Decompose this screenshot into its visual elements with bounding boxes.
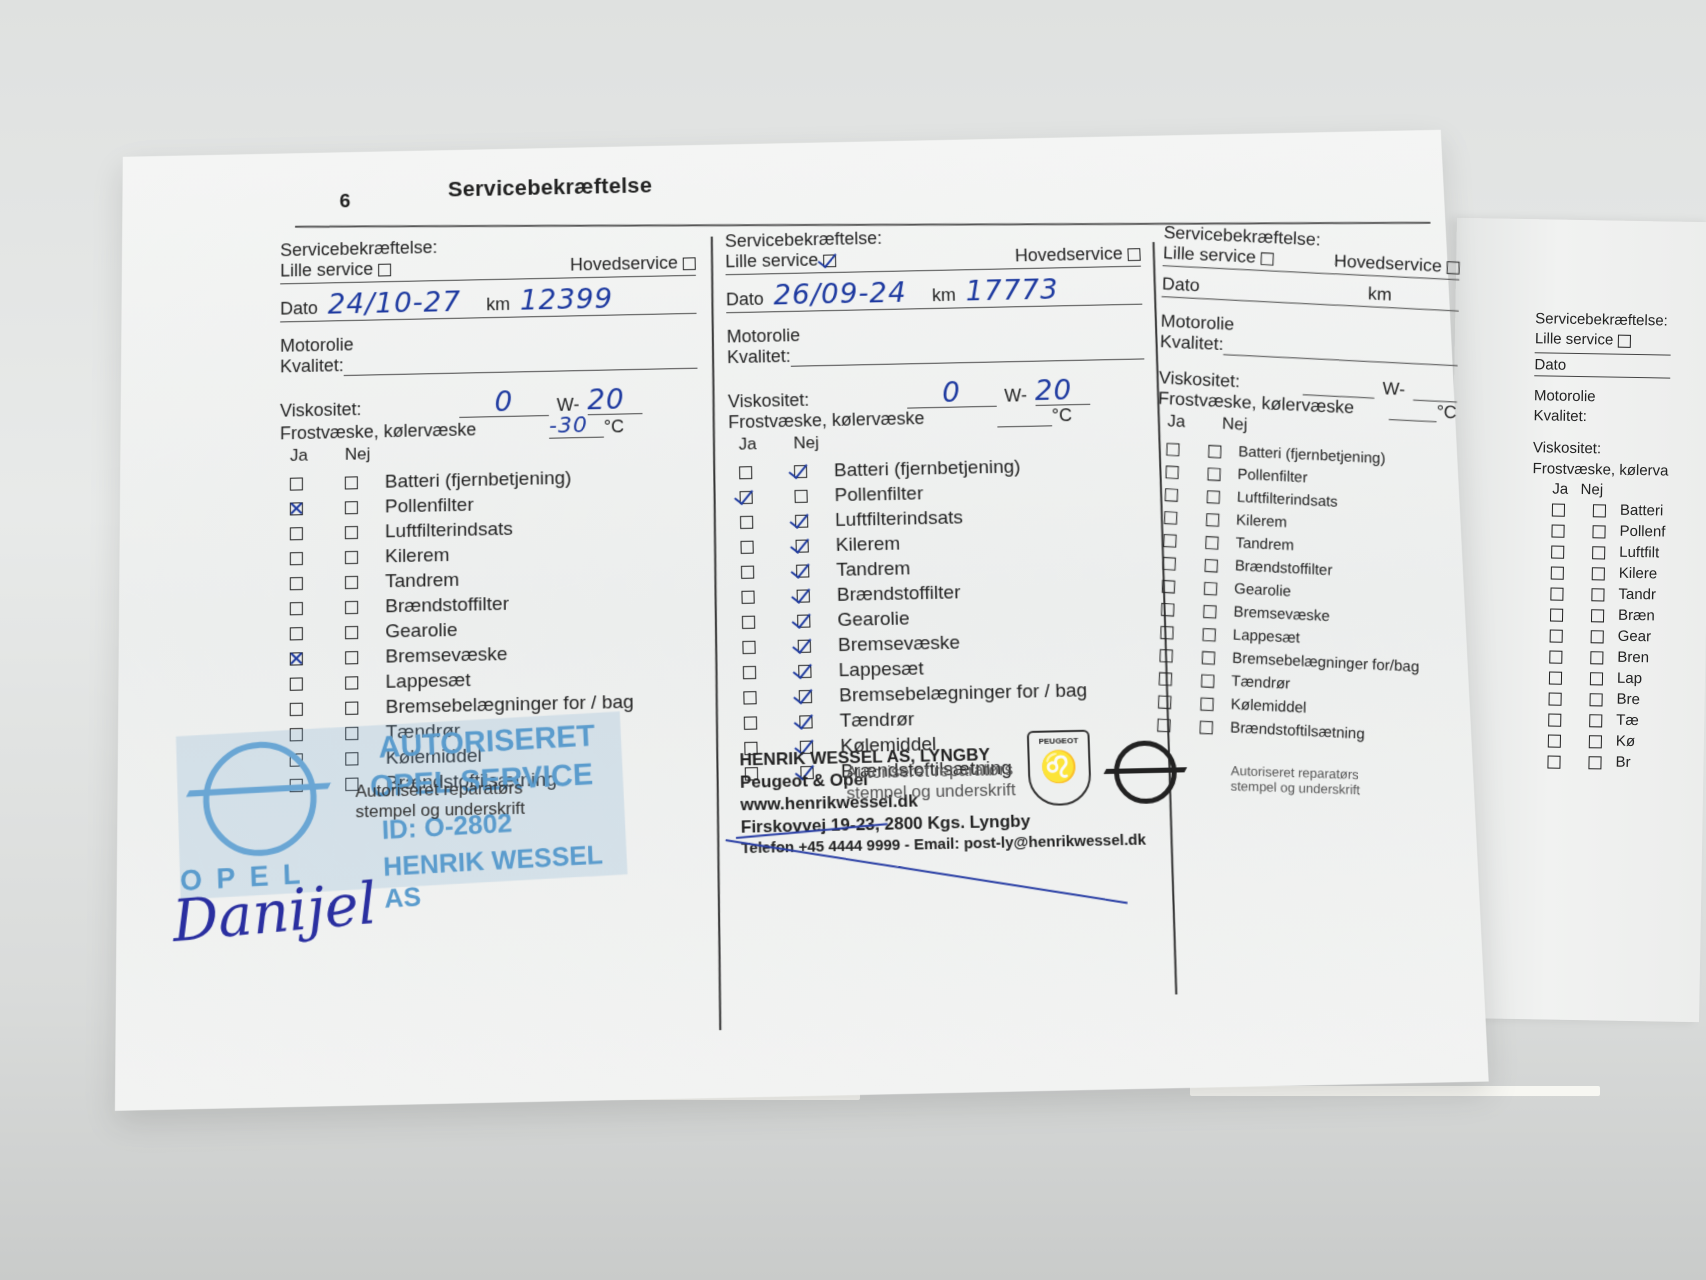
- nej-checkbox[interactable]: [345, 576, 358, 589]
- ja-checkbox[interactable]: [743, 691, 756, 704]
- ja-cell: [734, 711, 800, 735]
- next-nej-checkbox[interactable]: [1589, 714, 1602, 727]
- nej-cell: [345, 546, 385, 569]
- dato-label: Dato: [280, 298, 318, 319]
- nej-checkbox[interactable]: [1205, 559, 1218, 573]
- hovedservice-checkbox[interactable]: [1127, 248, 1140, 261]
- nej-checkbox[interactable]: [797, 614, 810, 627]
- ja-cell: [280, 547, 345, 570]
- nej-checkbox[interactable]: [796, 539, 809, 552]
- viskositet-value[interactable]: 0: [906, 378, 996, 408]
- ja-cell: [1152, 553, 1205, 572]
- ja-cell: [280, 522, 345, 545]
- ja-checkbox[interactable]: [1157, 718, 1171, 732]
- ja-checkbox[interactable]: [1162, 556, 1175, 570]
- next-checklist-label: Tæ: [1616, 711, 1639, 732]
- ja-cell: [732, 610, 798, 633]
- nej-checkbox[interactable]: [1200, 697, 1214, 711]
- ja-checkbox[interactable]: [1158, 695, 1172, 709]
- nej-checkbox[interactable]: [345, 676, 358, 689]
- w-value[interactable]: 20: [1034, 376, 1090, 406]
- nej-checkbox[interactable]: [345, 476, 358, 489]
- checklist-item-label: Lappesæt: [838, 658, 924, 682]
- next-nej-checkbox[interactable]: [1593, 504, 1606, 517]
- ja-checkbox[interactable]: [739, 466, 752, 479]
- nej-label: Nej: [345, 444, 370, 464]
- nej-cell: [345, 646, 385, 669]
- nej-cell: [794, 460, 834, 483]
- service-entry-2: Servicebekræftelse: Lille service Hoveds…: [725, 223, 1160, 787]
- service-entry-1: Servicebekræftelse: Lille service Hoveds…: [280, 232, 705, 798]
- nej-cell: [1202, 625, 1233, 644]
- ja-cell: [1155, 462, 1207, 481]
- nej-checkbox[interactable]: [799, 715, 812, 728]
- next-nej-checkbox[interactable]: [1589, 693, 1602, 706]
- ja-checkbox[interactable]: [743, 666, 756, 679]
- nej-checkbox[interactable]: [795, 515, 808, 528]
- next-checklist-label: Tandr: [1618, 585, 1656, 606]
- service-entry-3: Servicebekræftelse: Lille service Hoveds…: [1147, 222, 1460, 750]
- w-label: W-: [1004, 385, 1027, 406]
- checklist-item-label: Bremsevæske: [385, 643, 507, 668]
- next-checklist-item: Luftfilt: [1531, 541, 1667, 564]
- checklist-item-label: Tændrør: [840, 709, 915, 733]
- stamp-caption-2: Autoriseret reparatørs stempel og unders…: [846, 760, 1016, 803]
- nej-cell: [798, 660, 839, 683]
- nej-checkbox[interactable]: [798, 640, 811, 653]
- nej-checkbox[interactable]: [345, 551, 358, 564]
- ja-cell: [729, 461, 794, 484]
- nej-cell: [1201, 671, 1232, 690]
- next-checklist-item: Lap: [1529, 667, 1665, 690]
- nej-checkbox[interactable]: [1202, 651, 1215, 665]
- nej-cell: [1208, 442, 1238, 460]
- ja-label: Ja: [729, 434, 794, 455]
- next-nej-checkbox[interactable]: [1591, 588, 1604, 601]
- checklist-item-label: Tandrem: [385, 569, 459, 593]
- next-checklist-item: Bræn: [1530, 604, 1666, 627]
- nej-cell: [345, 471, 385, 494]
- ja-checkbox[interactable]: [290, 652, 303, 665]
- nej-checkbox[interactable]: [794, 490, 807, 503]
- ja-cell: [280, 672, 346, 696]
- ja-cell: [1153, 531, 1206, 550]
- next-kvalitet-label: Kvalitet:: [1533, 406, 1669, 429]
- next-checklist-label: Kø: [1616, 732, 1636, 753]
- lille-service-checkbox[interactable]: [378, 263, 391, 276]
- nej-checkbox[interactable]: [345, 701, 358, 714]
- ja-checkbox[interactable]: [290, 677, 303, 690]
- checklist-item-label: Pollenfilter: [834, 483, 923, 507]
- ja-cell: [1147, 715, 1200, 735]
- nej-cell: [799, 685, 840, 708]
- nej-cell: [345, 571, 385, 594]
- ja-checkbox[interactable]: [290, 502, 303, 515]
- lion-icon: ♌: [1029, 745, 1089, 791]
- hovedservice-label: Hovedservice: [570, 253, 678, 275]
- nej-label: Nej: [1222, 414, 1248, 435]
- checklist-item-label: Brændstoftilsætning: [1230, 719, 1365, 743]
- next-ja-checkbox[interactable]: [1551, 525, 1564, 538]
- stamp-caption-line-2: stempel og underskrift: [1231, 779, 1361, 798]
- checklist-item-label: Kilerem: [385, 545, 450, 568]
- ja-cell: [1149, 669, 1202, 689]
- next-nej-checkbox[interactable]: [1589, 735, 1602, 748]
- next-nej-label: Nej: [1580, 481, 1603, 498]
- checklist-item-label: Brændstoffilter: [385, 593, 509, 618]
- next-checklist-item: Kø: [1528, 730, 1664, 753]
- ja-cell: [280, 622, 345, 645]
- ja-cell: [1151, 599, 1204, 619]
- hovedservice-checkbox[interactable]: [1447, 261, 1460, 274]
- next-ja-checkbox[interactable]: [1548, 734, 1561, 747]
- next-viskositet-label: Viskositet:: [1533, 438, 1669, 461]
- checklist-item-label: Tandrem: [836, 558, 911, 582]
- ja-checkbox[interactable]: [290, 527, 303, 540]
- ja-checkbox[interactable]: [740, 541, 753, 554]
- checklist-item-label: Gearolie: [837, 608, 910, 632]
- date-km-row: Dato 26/09-24 km 17773: [726, 271, 1143, 314]
- nej-label: Nej: [793, 433, 819, 453]
- nej-cell: [798, 634, 839, 657]
- nej-checkbox[interactable]: [1200, 720, 1214, 734]
- nej-cell: [1207, 465, 1237, 483]
- frost-value[interactable]: -30: [549, 415, 604, 439]
- checklist-item-label: Batteri (fjernbetjening): [834, 456, 1021, 482]
- lille-service-label: Lille service: [1163, 243, 1257, 267]
- ja-checkbox[interactable]: [290, 477, 303, 490]
- w-value[interactable]: 20: [587, 386, 642, 416]
- lille-service-label: Lille service: [280, 259, 373, 280]
- nej-cell: [1206, 510, 1237, 528]
- frost-label: Frostvæske, kølervæske: [728, 407, 997, 433]
- peugeot-logo-icon: PEUGEOT ♌: [1027, 730, 1092, 807]
- km-label: km: [486, 294, 510, 315]
- next-checklist-item: Kilere: [1531, 562, 1667, 585]
- ja-checkbox[interactable]: [1162, 579, 1175, 593]
- checklist-item-label: Batteri (fjernbetjening): [385, 467, 572, 493]
- nej-cell: [797, 609, 838, 632]
- stamp-caption-line-2: stempel og underskrift: [355, 798, 525, 822]
- ja-cell: [1150, 622, 1203, 642]
- next-heading: Servicebekræftelse:: [1535, 309, 1671, 332]
- ja-checkbox[interactable]: [1165, 488, 1178, 502]
- ja-cell: [730, 535, 796, 558]
- ja-checkbox[interactable]: [1161, 602, 1174, 616]
- next-ja-checkbox[interactable]: [1550, 630, 1563, 643]
- ja-checkbox[interactable]: [740, 516, 753, 529]
- nej-cell: [345, 671, 385, 694]
- kvalitet-label: Kvalitet:: [1160, 331, 1224, 355]
- next-nej-checkbox[interactable]: [1592, 546, 1605, 559]
- celsius-label: °C: [1436, 402, 1457, 424]
- ja-checkbox[interactable]: [290, 703, 303, 716]
- nej-cell: [794, 485, 834, 508]
- next-checklist-label: Br: [1615, 753, 1630, 774]
- ja-cell: [280, 597, 345, 620]
- viskositet-value[interactable]: 0: [459, 387, 549, 417]
- surface-reflection: [1190, 1086, 1600, 1096]
- ja-cell: [733, 660, 799, 684]
- lille-service-checkbox[interactable]: [823, 254, 836, 267]
- checklist-item-label: Tændrør: [1231, 673, 1290, 693]
- checklist-item-label: Luftfilterindsats: [1237, 489, 1338, 511]
- nej-cell: [795, 534, 836, 557]
- nej-cell: [1207, 487, 1237, 505]
- nej-checkbox[interactable]: [1207, 467, 1220, 480]
- km-value[interactable]: 17773: [965, 276, 1059, 305]
- nej-checkbox[interactable]: [1203, 604, 1216, 618]
- nej-checkbox[interactable]: [345, 501, 358, 514]
- nej-checkbox[interactable]: [798, 665, 811, 678]
- ja-cell: [1152, 576, 1205, 596]
- ja-checkbox[interactable]: [1165, 465, 1178, 478]
- service-booklet-page: 6 Servicebekræftelse Servicebekræftelse:…: [115, 130, 1489, 1111]
- next-nej-checkbox[interactable]: [1590, 672, 1603, 685]
- ja-checkbox[interactable]: [290, 577, 303, 590]
- next-dato-label: Dato: [1534, 352, 1670, 379]
- km-value[interactable]: 12399: [520, 285, 614, 314]
- nej-cell: [795, 510, 835, 533]
- next-ja-checkbox[interactable]: [1549, 672, 1562, 685]
- ja-cell: [1155, 485, 1207, 504]
- ja-checkbox[interactable]: [1166, 442, 1179, 455]
- hovedservice-checkbox[interactable]: [683, 257, 696, 270]
- next-lille-checkbox[interactable]: [1617, 334, 1630, 347]
- km-label: km: [1368, 284, 1392, 306]
- checklist-item-label: Kilerem: [1236, 512, 1287, 531]
- lille-service-checkbox[interactable]: [1261, 252, 1274, 265]
- next-ja-checkbox[interactable]: [1552, 504, 1565, 517]
- dato-value[interactable]: 24/10-27: [328, 288, 477, 318]
- checklist: Batteri (fjernbetjening)PollenfilterLuft…: [1147, 436, 1456, 750]
- ja-cell: [280, 697, 346, 721]
- nej-cell: [796, 584, 837, 607]
- checklist-item-label: Pollenfilter: [1237, 466, 1307, 486]
- ja-cell: [731, 560, 797, 583]
- next-checklist-item: Br: [1527, 751, 1663, 774]
- ja-checkbox[interactable]: [1159, 649, 1172, 663]
- ja-checkbox[interactable]: [1159, 672, 1173, 686]
- next-nej-checkbox[interactable]: [1591, 630, 1604, 643]
- dato-label: Dato: [1162, 274, 1200, 296]
- next-ja-checkbox[interactable]: [1550, 588, 1563, 601]
- nej-checkbox[interactable]: [799, 690, 812, 703]
- nej-cell: [345, 596, 385, 619]
- nej-checkbox[interactable]: [1202, 628, 1215, 642]
- nej-cell: [1203, 602, 1234, 620]
- next-ja-checkbox[interactable]: [1549, 693, 1562, 706]
- nej-cell: [1205, 533, 1236, 551]
- hovedservice-label: Hovedservice: [1334, 251, 1442, 276]
- next-checklist-item: Tæ: [1528, 709, 1664, 732]
- viskositet-label: Viskositet:: [280, 397, 459, 421]
- nej-checkbox[interactable]: [345, 651, 358, 664]
- checklist-item-label: Gearolie: [385, 619, 457, 643]
- ja-cell: [1149, 646, 1202, 666]
- km-label: km: [932, 285, 956, 306]
- next-checklist-item: Bre: [1528, 688, 1664, 711]
- next-ja-label: Ja: [1552, 480, 1568, 497]
- checklist-item-label: Lappesæt: [1233, 626, 1301, 646]
- next-checklist-label: Kilere: [1619, 564, 1658, 585]
- ja-checkbox[interactable]: [740, 491, 753, 504]
- next-checklist: BatteriPollenfLuftfiltKilereTandrBrænGea…: [1527, 499, 1668, 774]
- next-page: Servicebekræftelse: Lille service Dato M…: [1443, 218, 1706, 1022]
- ja-checkbox[interactable]: [290, 552, 303, 565]
- next-ja-checkbox[interactable]: [1547, 755, 1560, 768]
- next-checklist-item: Pollenf: [1531, 520, 1667, 543]
- checklist-item-label: Pollenfilter: [385, 494, 474, 518]
- next-checklist-item: Batteri: [1532, 499, 1668, 522]
- nej-checkbox[interactable]: [1208, 444, 1221, 457]
- celsius-label: °C: [1051, 405, 1072, 426]
- kvalitet-label: Kvalitet:: [727, 346, 791, 368]
- ja-checkbox[interactable]: [1164, 511, 1177, 525]
- next-checklist-label: Bren: [1617, 648, 1649, 669]
- nej-cell: [345, 696, 385, 719]
- nej-checkbox[interactable]: [796, 564, 809, 577]
- stamp-caption-1: Autoriseret reparatørs stempel og unders…: [355, 778, 525, 821]
- next-checklist-item: Gear: [1530, 625, 1666, 648]
- nej-checkbox[interactable]: [1204, 581, 1217, 595]
- checklist-item-label: Luftfilterindsats: [385, 518, 513, 543]
- next-ja-checkbox[interactable]: [1550, 609, 1563, 622]
- stamp-dealer-name: HENRIK WESSEL AS: [383, 837, 629, 914]
- ja-cell: [280, 497, 345, 520]
- nej-cell: [799, 710, 840, 733]
- next-lille-label: Lille service: [1535, 330, 1614, 348]
- nej-cell: [1200, 694, 1231, 713]
- ja-checkbox[interactable]: [742, 641, 755, 654]
- frost-label: Frostvæske, kølervæske: [280, 418, 549, 444]
- ja-label: Ja: [1157, 411, 1222, 434]
- ja-cell: [729, 486, 794, 509]
- ja-cell: [732, 635, 798, 658]
- page-number: 6: [339, 191, 350, 213]
- nej-checkbox[interactable]: [345, 626, 358, 639]
- opel-logo-icon: [201, 739, 318, 859]
- checklist-item-label: Gearolie: [1234, 580, 1291, 600]
- next-ja-checkbox[interactable]: [1551, 567, 1564, 580]
- w-label: W-: [1382, 378, 1405, 400]
- next-nej-checkbox[interactable]: [1591, 609, 1604, 622]
- next-checklist-label: Luftfilt: [1619, 543, 1659, 564]
- next-motorolie-label: Motorolie: [1534, 386, 1670, 409]
- nej-checkbox[interactable]: [794, 465, 807, 478]
- dato-label: Dato: [726, 289, 764, 310]
- ja-cell: [1154, 508, 1207, 527]
- nej-checkbox[interactable]: [345, 526, 358, 539]
- frost-value[interactable]: [997, 425, 1052, 427]
- next-nej-checkbox[interactable]: [1590, 651, 1603, 664]
- kvalitet-label: Kvalitet:: [280, 355, 344, 377]
- ja-checkbox[interactable]: [742, 616, 755, 629]
- next-checklist-item: Tandr: [1530, 583, 1666, 606]
- ja-label: Ja: [280, 445, 345, 466]
- dato-value[interactable]: 26/09-24: [773, 279, 922, 309]
- date-km-row: Dato 24/10-27 km 12399: [280, 280, 696, 323]
- next-checklist-label: Bre: [1616, 690, 1640, 711]
- next-ja-checkbox[interactable]: [1551, 546, 1564, 559]
- dato-value[interactable]: [1209, 297, 1358, 304]
- checklist-item-label: Bremsevæske: [838, 632, 961, 657]
- nej-cell: [796, 559, 837, 582]
- next-nej-checkbox[interactable]: [1592, 525, 1605, 538]
- stamp-caption-line-2: stempel og underskrift: [846, 780, 1016, 803]
- checklist: Batteri (fjernbetjening)PollenfilterLuft…: [729, 452, 1160, 787]
- next-nej-checkbox[interactable]: [1592, 567, 1605, 580]
- nej-checkbox[interactable]: [1206, 513, 1219, 527]
- ja-checkbox[interactable]: [1160, 625, 1173, 639]
- ja-cell: [731, 585, 797, 608]
- nej-cell: [345, 521, 385, 544]
- checklist-item-label: Bremsebelægninger for / bag: [839, 680, 1088, 707]
- nej-cell: [1204, 579, 1235, 597]
- next-ja-checkbox[interactable]: [1549, 651, 1562, 664]
- ja-checkbox[interactable]: [744, 716, 757, 729]
- lille-service-label: Lille service: [725, 250, 818, 271]
- nej-cell: [345, 621, 385, 644]
- nej-checkbox[interactable]: [1205, 536, 1218, 550]
- checklist-item-label: Kilerem: [835, 533, 900, 556]
- next-nej-checkbox[interactable]: [1588, 756, 1601, 769]
- ja-checkbox[interactable]: [1163, 534, 1176, 548]
- checklist-item-label: Bremsevæske: [1233, 603, 1330, 625]
- nej-checkbox[interactable]: [1207, 490, 1220, 504]
- ja-cell: [1148, 692, 1201, 712]
- checklist-item-label: Tandrem: [1235, 535, 1294, 555]
- stamp-caption-3: Autoriseret reparatørs stempel og unders…: [1231, 764, 1361, 798]
- nej-checkbox[interactable]: [797, 589, 810, 602]
- ja-checkbox[interactable]: [741, 591, 754, 604]
- ja-cell: [280, 472, 345, 495]
- nej-cell: [345, 496, 385, 519]
- checklist-item-label: Brændstoffilter: [837, 582, 961, 607]
- nej-cell: [1200, 718, 1231, 737]
- next-checklist-label: Pollenf: [1619, 522, 1665, 543]
- ja-cell: [280, 572, 345, 595]
- next-checklist-label: Lap: [1617, 669, 1642, 690]
- ja-cell: [280, 647, 345, 671]
- column-divider: [711, 237, 722, 1031]
- next-ja-checkbox[interactable]: [1548, 713, 1561, 726]
- checklist-item-label: Luftfilterindsats: [835, 507, 963, 532]
- nej-cell: [1205, 556, 1236, 574]
- next-checklist-label: Bræn: [1618, 606, 1655, 627]
- ja-checkbox[interactable]: [290, 627, 303, 640]
- next-checklist-item: Bren: [1529, 646, 1665, 669]
- ja-checkbox[interactable]: [290, 602, 303, 615]
- checklist-item-label: Brændstoffilter: [1235, 557, 1333, 579]
- ja-cell: [1156, 439, 1208, 458]
- ja-cell: [730, 510, 795, 533]
- nej-checkbox[interactable]: [345, 601, 358, 614]
- page-title: Servicebekræftelse: [448, 173, 653, 202]
- next-checklist-label: Batteri: [1620, 501, 1664, 522]
- next-frost-label: Frostvæske, kølerva: [1532, 459, 1668, 482]
- ja-checkbox[interactable]: [741, 566, 754, 579]
- nej-checkbox[interactable]: [1201, 674, 1214, 688]
- checklist-item-label: Kølemiddel: [1230, 696, 1306, 717]
- hovedservice-label: Hovedservice: [1015, 244, 1123, 266]
- nej-cell: [1202, 648, 1233, 667]
- celsius-label: °C: [604, 416, 624, 437]
- next-checklist-label: Gear: [1618, 627, 1652, 648]
- checklist-item-label: Lappesæt: [385, 669, 470, 693]
- ja-cell: [733, 686, 799, 710]
